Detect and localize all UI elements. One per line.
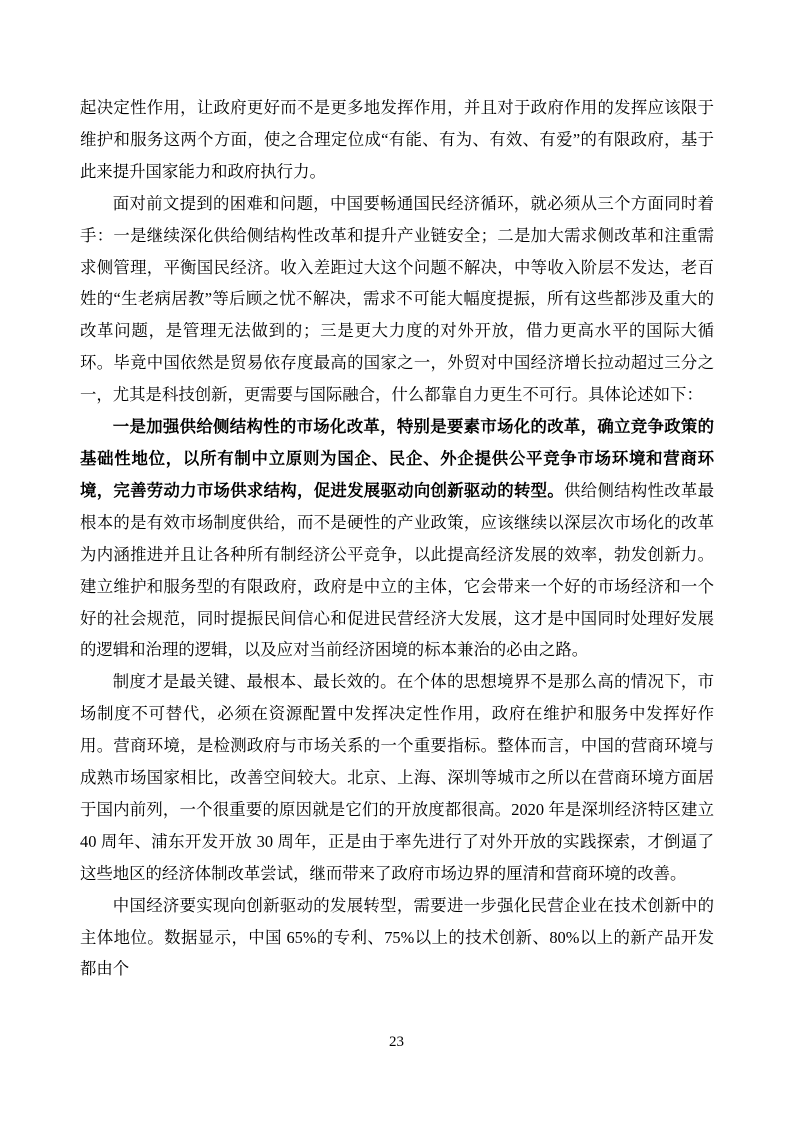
paragraph-three-approaches-text: 面对前文提到的困难和问题，中国要畅通国民经济循环，就必须从三个方面同时着手：一是… (80, 194, 714, 404)
paragraph-institutions-text: 制度才是最关键、最根本、最长效的。在个体的思想境界不是那么高的情况下，市场制度不… (80, 672, 714, 882)
paragraph-continuation: 起决定性作用，让政府更好而不是更多地发挥作用，并且对于政府作用的发挥应该限于维护… (80, 92, 714, 188)
paragraph-supply-side-reform-text: 供给侧结构性改革最根本的是有效市场制度供给，而不是硬性的产业政策，应该继续以深层… (80, 481, 714, 660)
page-number: 23 (0, 1033, 793, 1051)
paragraph-supply-side-reform: 一是加强供给侧结构性的市场化改革，特别是要素市场化的改革，确立竞争政策的基础性地… (80, 411, 714, 666)
document-page: 起决定性作用，让政府更好而不是更多地发挥作用，并且对于政府作用的发挥应该限于维护… (0, 0, 793, 1122)
paragraph-innovation-driven-text: 中国经济要实现向创新驱动的发展转型，需要进一步强化民营企业在技术创新中的主体地位… (80, 896, 714, 979)
paragraph-three-approaches: 面对前文提到的困难和问题，中国要畅通国民经济循环，就必须从三个方面同时着手：一是… (80, 188, 714, 411)
paragraph-continuation-text: 起决定性作用，让政府更好而不是更多地发挥作用，并且对于政府作用的发挥应该限于维护… (80, 98, 714, 181)
body-text: 起决定性作用，让政府更好而不是更多地发挥作用，并且对于政府作用的发挥应该限于维护… (80, 92, 714, 985)
paragraph-institutions: 制度才是最关键、最根本、最长效的。在个体的思想境界不是那么高的情况下，市场制度不… (80, 666, 714, 889)
paragraph-innovation-driven: 中国经济要实现向创新驱动的发展转型，需要进一步强化民营企业在技术创新中的主体地位… (80, 890, 714, 986)
